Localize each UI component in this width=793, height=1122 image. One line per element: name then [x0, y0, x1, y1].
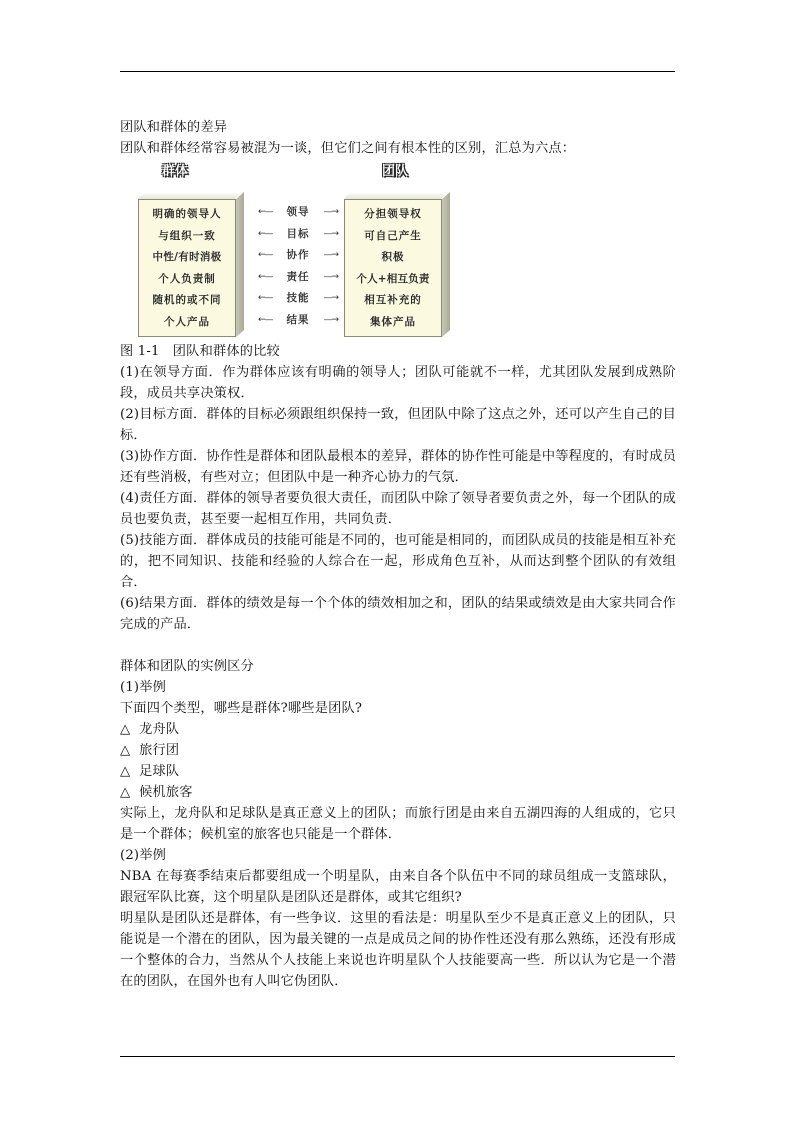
arrow-left-icon: ←— [258, 267, 273, 289]
arrow-right-icon: —→ [323, 224, 338, 246]
group-item: 个人负责制 [139, 269, 235, 291]
section-title-examples: 群体和团队的实例区分 [120, 656, 676, 677]
point-results: (6)结果方面．群体的绩效是每一个个体的绩效相加之和，团队的结果或绩效是由大家共… [120, 593, 676, 635]
team-item: 可自己产生 [345, 226, 441, 248]
arrow-left-icon: ←— [258, 202, 273, 224]
example2-question: NBA 在每赛季结束后都要组成一个明星队，由来自各个队伍中不同的球员组成一支篮球… [120, 866, 676, 908]
dimension-row: ←— 结果 —→ [258, 310, 338, 332]
team-item: 集体产品 [345, 312, 441, 334]
dimension-label: 协作 [287, 245, 310, 267]
diagram-title-group: 群体 [162, 161, 188, 182]
dimension-label: 技能 [287, 288, 310, 310]
dimension-label: 领导 [287, 202, 310, 224]
team-box: 分担领导权 可自己产生 积极 个人+相互负责 相互补充的 集体产品 [344, 199, 442, 337]
spacer [120, 635, 676, 656]
list-item-label: 候机旅客 [139, 785, 193, 800]
arrow-right-icon: —→ [323, 288, 338, 310]
example1-answer: 实际上，龙舟队和足球队是真正意义上的团队；而旅行团是由来自五湖四海的人组成的，它… [120, 803, 676, 845]
team-item: 个人+相互负责 [345, 269, 441, 291]
arrow-right-icon: —→ [323, 202, 338, 224]
example1-list-item: △ 旅行团 [120, 740, 676, 761]
comparison-dimensions: ←— 领导 —→ ←— 目标 —→ ←— 协作 —→ ←— 责任 —→ ←— 技 [258, 202, 338, 331]
example1-list-item: △ 候机旅客 [120, 782, 676, 803]
dimension-row: ←— 目标 —→ [258, 224, 338, 246]
group-item: 随机的或不同 [139, 290, 235, 312]
arrow-left-icon: ←— [258, 288, 273, 310]
section-title-differences: 团队和群体的差异 [120, 117, 676, 138]
triangle-bullet-icon: △ [120, 722, 130, 737]
intro-paragraph: 团队和群体经常容易被混为一谈，但它们之间有根本性的区别，汇总为六点： [120, 138, 676, 159]
team-item: 相互补充的 [345, 290, 441, 312]
triangle-bullet-icon: △ [120, 764, 130, 779]
arrow-right-icon: —→ [323, 245, 338, 267]
list-item-label: 旅行团 [139, 743, 179, 758]
point-leadership: (1)在领导方面．作为群体应该有明确的领导人；团队可能就不一样，尤其团队发展到成… [120, 362, 676, 404]
arrow-left-icon: ←— [258, 224, 273, 246]
group-item: 个人产品 [139, 312, 235, 334]
team-item: 分担领导权 [345, 204, 441, 226]
dimension-label: 责任 [287, 267, 310, 289]
point-responsibility: (4)责任方面．群体的领导者要负很大责任，而团队中除了领导者要负责之外，每一个团… [120, 488, 676, 530]
triangle-bullet-icon: △ [120, 743, 130, 758]
header-rule [120, 71, 675, 72]
triangle-bullet-icon: △ [120, 785, 130, 800]
comparison-diagram: 群体 团队 明确的领导人 与组织一致 中性/有时消极 个人负责制 随机的或不同 … [120, 159, 676, 341]
dimension-row: ←— 领导 —→ [258, 202, 338, 224]
point-skills: (5)技能方面．群体成员的技能可能是不同的，也可能是相同的，而团队成员的技能是相… [120, 530, 676, 593]
group-box: 明确的领导人 与组织一致 中性/有时消极 个人负责制 随机的或不同 个人产品 [138, 199, 236, 337]
example1-heading: (1)举例 [120, 677, 676, 698]
arrow-right-icon: —→ [323, 267, 338, 289]
diagram-title-team: 团队 [382, 161, 408, 182]
point-goals: (2)目标方面．群体的目标必须跟组织保持一致，但团队中除了这点之外，还可以产生自… [120, 404, 676, 446]
figure-caption: 图 1-1 团队和群体的比较 [120, 341, 676, 362]
arrow-right-icon: —→ [323, 310, 338, 332]
point-collaboration: (3)协作方面．协作性是群体和团队最根本的差异，群体的协作性可能是中等程度的，有… [120, 446, 676, 488]
example1-list-item: △ 龙舟队 [120, 719, 676, 740]
footer-rule [120, 1056, 675, 1057]
example1-question: 下面四个类型，哪些是群体?哪些是团队? [120, 698, 676, 719]
arrow-left-icon: ←— [258, 245, 273, 267]
dimension-label: 目标 [287, 224, 310, 246]
dimension-row: ←— 协作 —→ [258, 245, 338, 267]
dimension-row: ←— 责任 —→ [258, 267, 338, 289]
example1-list-item: △ 足球队 [120, 761, 676, 782]
example2-answer: 明星队是团队还是群体，有一些争议．这里的看法是：明星队至少不是真正意义上的团队，… [120, 908, 676, 992]
group-item: 中性/有时消极 [139, 247, 235, 269]
list-item-label: 龙舟队 [139, 722, 179, 737]
dimension-label: 结果 [287, 310, 310, 332]
team-item: 积极 [345, 247, 441, 269]
group-item: 明确的领导人 [139, 204, 235, 226]
example2-heading: (2)举例 [120, 845, 676, 866]
arrow-left-icon: ←— [258, 310, 273, 332]
group-item: 与组织一致 [139, 226, 235, 248]
list-item-label: 足球队 [139, 764, 179, 779]
dimension-row: ←— 技能 —→ [258, 288, 338, 310]
document-body: 团队和群体的差异 团队和群体经常容易被混为一谈，但它们之间有根本性的区别，汇总为… [120, 117, 676, 992]
